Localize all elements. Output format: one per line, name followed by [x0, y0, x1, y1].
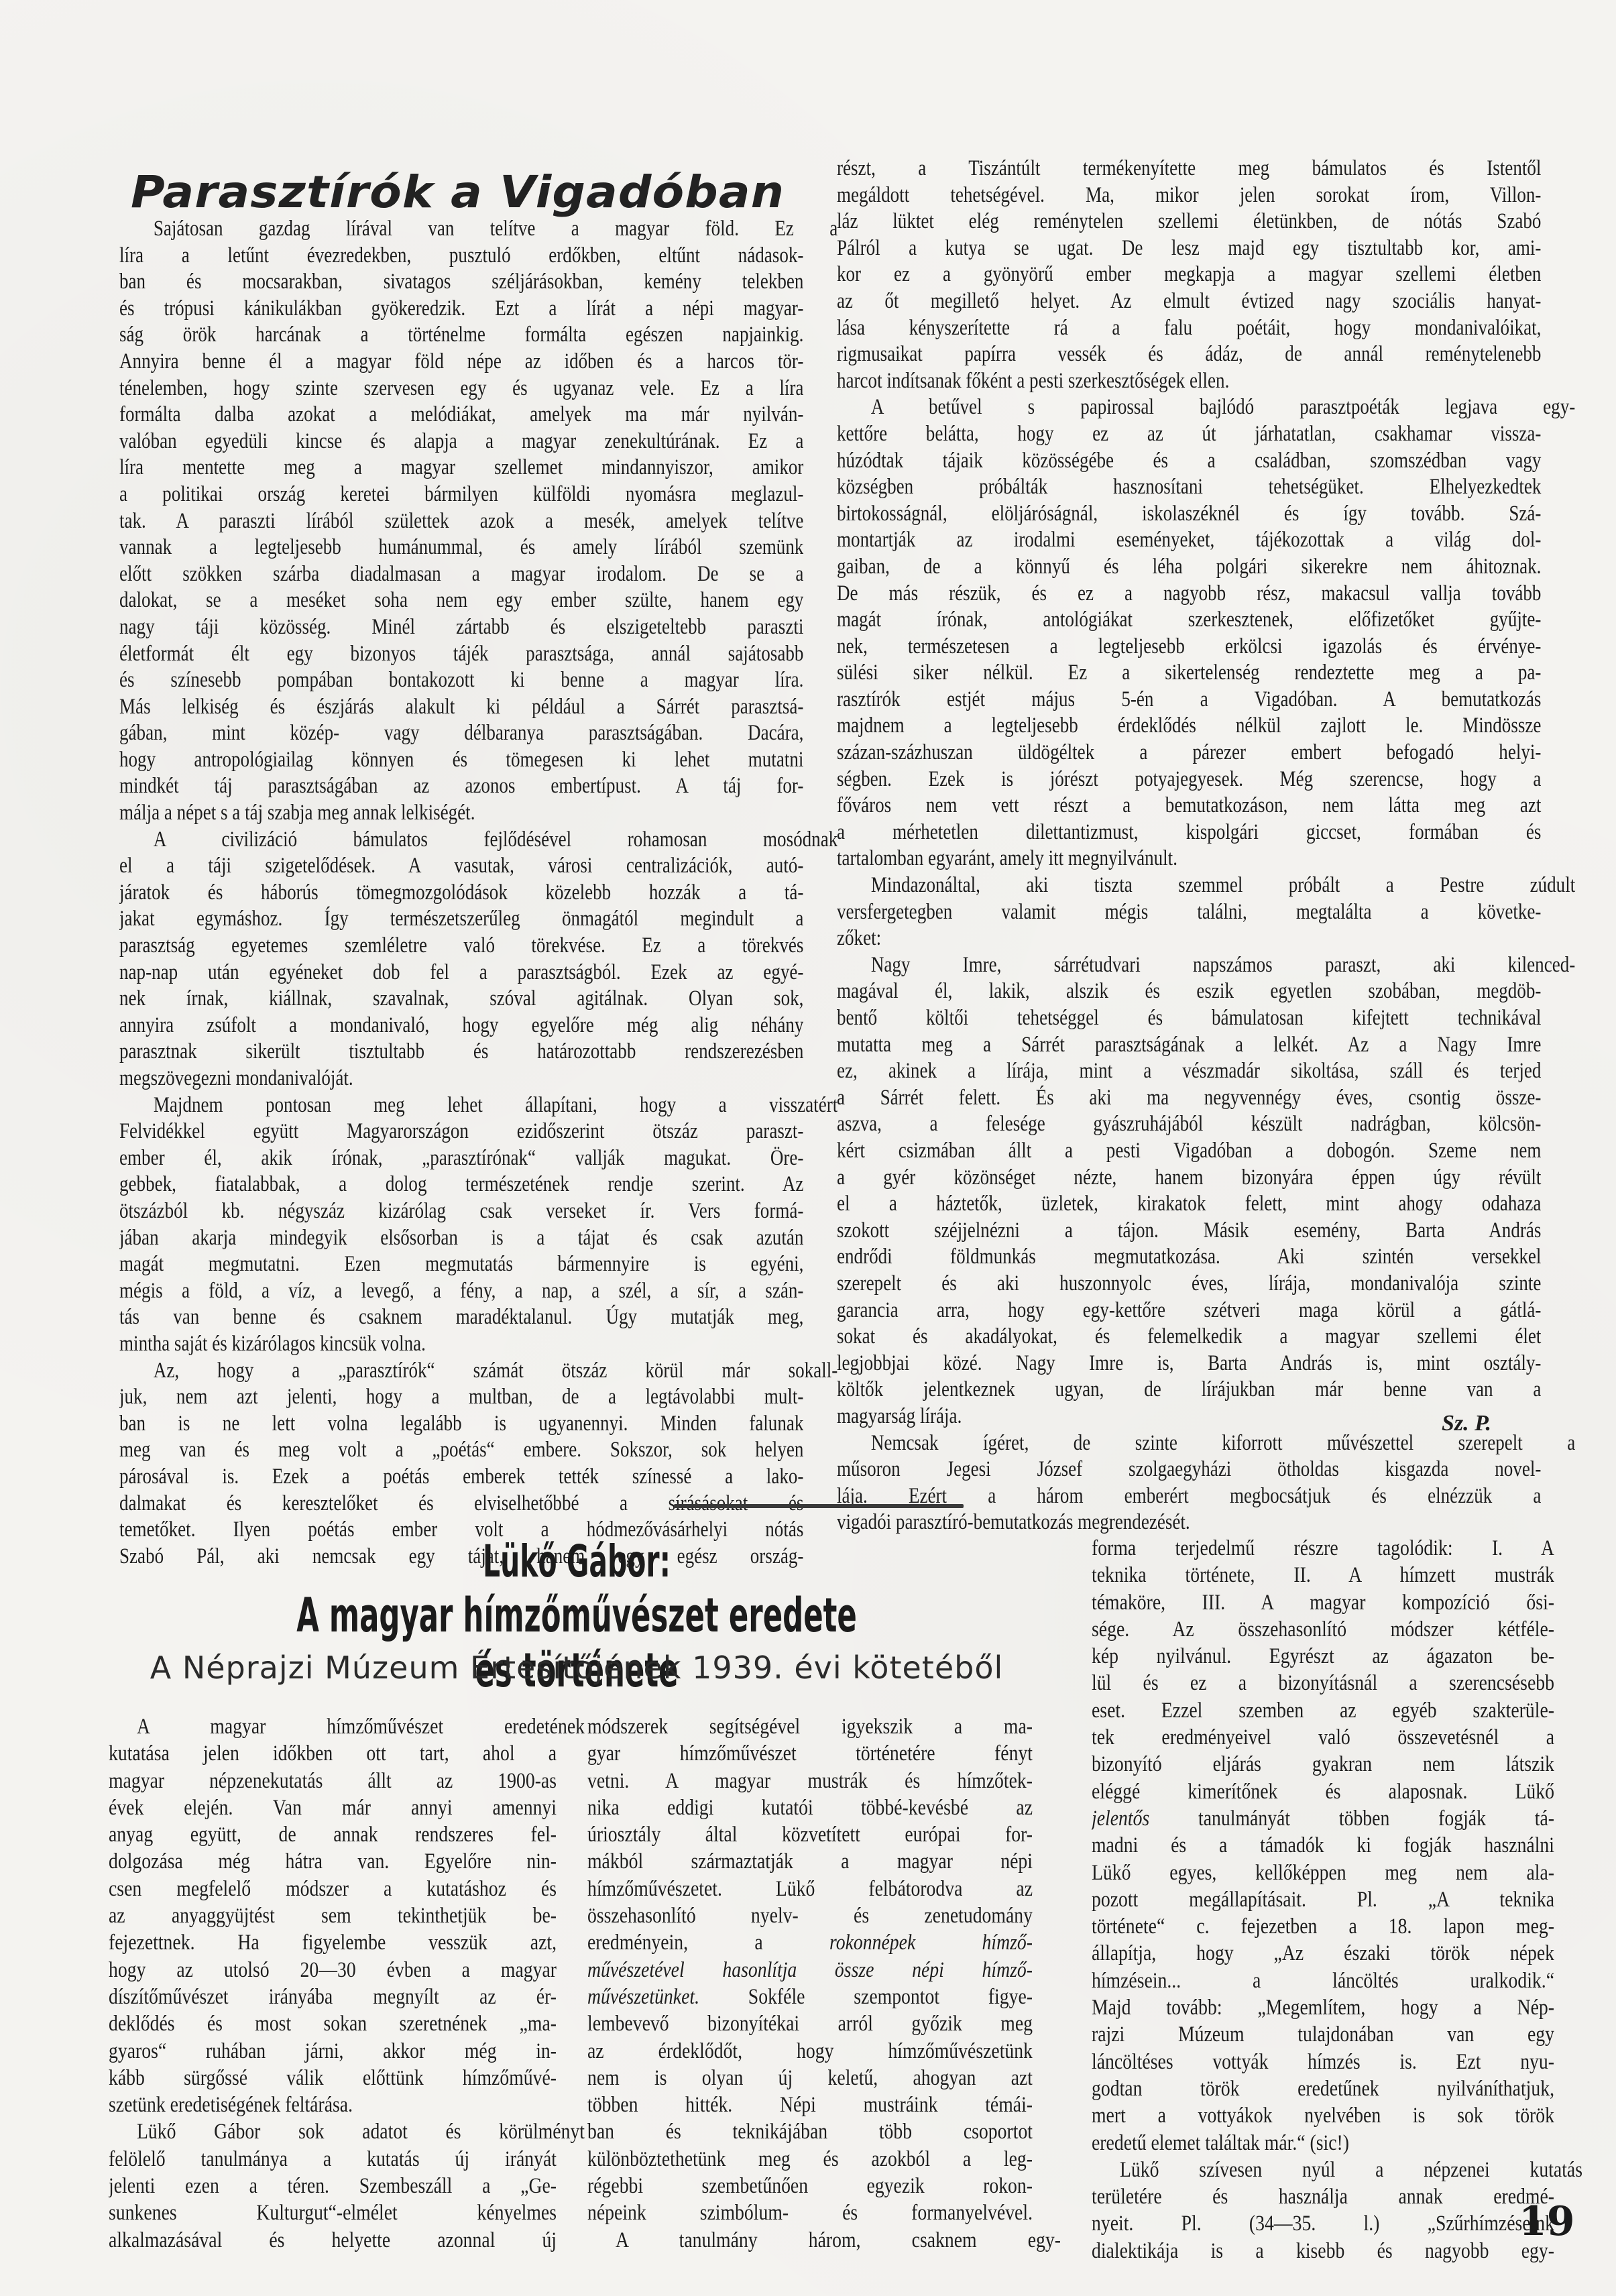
text-line: endrődi földmunkás megmutatkozása. Aki s… — [837, 1244, 1541, 1271]
text-line: összehasonlító nyelv- és zenetudomány — [587, 1902, 1033, 1929]
text-line: jelenti ezen a téren. Szembeszáll a „Ge- — [109, 2173, 557, 2199]
text-line: művészetével hasonlítja össze népi hímző… — [587, 1957, 1033, 1984]
text-line: Mindazonáltal, aki tiszta szemmel próbál… — [837, 872, 1575, 899]
text-line: tak. A paraszti lírából születtek azok a… — [119, 508, 803, 535]
text-line: gyaros“ ruhában járni, akkor még in- — [109, 2038, 557, 2065]
text-line: forma terjedelmű részre tagolódik: I. A — [1092, 1535, 1554, 1562]
text-line: felölelő tanulmánya a kutatás új irányát — [109, 2146, 557, 2173]
text-line: vannak a legteljesebb humánummal, és ame… — [119, 534, 803, 561]
text-line: előtt szökken szárba diadalmasan a magya… — [119, 561, 803, 588]
text-line: magával él, lakik, alszik és eszik egyet… — [837, 978, 1541, 1005]
text-line: aszva, a felesége gyászruhájából készült… — [837, 1111, 1541, 1138]
text-line: láz lüktet elég reménytelen szellemi éle… — [837, 209, 1541, 235]
text-line: godtan török eredetűnek nyilváníthatjuk, — [1092, 2075, 1554, 2102]
text-line: Annyira benne él a magyar föld népe az i… — [119, 349, 803, 376]
text-line: az érdeklődőt, hogy hímzőművészetünk — [587, 2038, 1033, 2065]
text-line: magyar népzenekutatás állt az 1900-as — [109, 1768, 557, 1794]
text-line: pozott megállapításait. Pl. „A teknika — [1092, 1886, 1554, 1913]
text-line: szerepelt és aki huszonnyolc éves, líráj… — [837, 1271, 1541, 1298]
text-line: az anyaggyüjtést sem tekinthetjük be- — [109, 1902, 557, 1929]
text-line: jában akarja mindegyik elsősorban is a t… — [119, 1225, 803, 1252]
article-column-left: Sajátosan gazdag lírával van telítve a m… — [119, 216, 803, 1570]
text-line: a gyér közönséget nézte, hanem bizonyára… — [837, 1165, 1541, 1192]
text-line: megszövegezni mondanivalóját. — [119, 1066, 803, 1092]
text-line: témaköre, III. A magyar kompozíció ősi- — [1092, 1589, 1554, 1616]
text-line: láncöltéses vottyák hímzés is. Ezt nyu- — [1092, 2049, 1554, 2075]
text-line: lása kényszerítette rá a falu poétáit, h… — [837, 315, 1541, 342]
text-line: módszerek segítségével igyekszik a ma- — [587, 1713, 1033, 1740]
text-line: díszítőművészet irányába megnyílt az ér- — [109, 1984, 557, 2010]
text-line: története“ c. fejezetben a 18. lapon meg… — [1092, 1913, 1554, 1940]
text-line: anyag együtt, de annak rendszeres fel- — [109, 1821, 557, 1848]
text-line: kább sürgőssé válik előttünk hímzőművé- — [109, 2065, 557, 2091]
text-line: deklődés és most sokan szeretnének „ma- — [109, 2010, 557, 2037]
text-line: hogy antropológiailag könnyen és tömeges… — [119, 747, 803, 774]
text-line: kép nyilvánul. Egyrészt az ágazaton be- — [1092, 1643, 1554, 1670]
text-line: Az, hogy a „parasztírók“ számát ötszáz k… — [119, 1358, 838, 1385]
text-line: juk, nem azt jelenti, hogy a multban, de… — [119, 1384, 803, 1411]
text-line: meg van és meg volt a „poétás“ embere. S… — [119, 1437, 803, 1464]
text-line: rajzi Múzeum tulajdonában van egy — [1092, 2021, 1554, 2048]
text-line: Majd tovább: „Megemlítem, hogy a Nép- — [1092, 1994, 1554, 2021]
text-line: nem is olyan új keletű, ahogyan azt — [587, 2065, 1033, 2091]
text-line: és színesebb pompában bontakozott ki ben… — [119, 667, 803, 694]
text-line: jakat egymáshoz. Így természetszerűleg ö… — [119, 906, 803, 933]
text-line: kért csizmában állt a pesti Vigadóban a … — [837, 1138, 1541, 1165]
text-line: részt, a Tiszántúlt termékenyítette meg … — [837, 156, 1541, 182]
text-line: nap-nap után egyéneket dob fel a paraszt… — [119, 960, 803, 986]
text-line: lembevevő bizonyítékai arról győzik meg — [587, 2010, 1033, 2037]
text-line: parasztság egyetemes szemléletre való tö… — [119, 933, 803, 960]
text-line: régebbi szembetűnően egyezik rokon- — [587, 2173, 1033, 2199]
text-line: A civilizáció bámulatos fejlődésével roh… — [119, 827, 838, 854]
text-line: nyeit. Pl. (34—35. l.) „Szűrhímzéseink — [1092, 2210, 1554, 2237]
text-line: ban és mocsarakban, sivatagos széljáráso… — [119, 269, 803, 296]
text-line: sunkenes Kulturgut“-elmélet kényelmes — [109, 2199, 557, 2226]
text-line: szetünk eredetiségének feltárása. — [109, 2091, 557, 2118]
text-line: A tanulmány három, csaknem egy- — [587, 2227, 1061, 2254]
text-line: és trópusi kánikulákban gyökeredzik. Ezt… — [119, 296, 803, 323]
text-line: nek írnak, kiállnak, szavalnak, szóval a… — [119, 986, 803, 1013]
text-line: rasztírók estjét május 5-én a Vigadóban.… — [837, 687, 1541, 713]
text-line: Pálról a kutya se ugat. De lesz majd egy… — [837, 235, 1541, 262]
text-line: bizonyító eljárás gyakran nem látszik — [1092, 1751, 1554, 1778]
text-line: Más lelkiség és észjárás alakult ki péld… — [119, 694, 803, 721]
text-line: nagy táji közösség. Minél zártabb és els… — [119, 614, 803, 641]
text-line: állapítja, hogy „Az északi török népek — [1092, 1940, 1554, 1967]
text-line: százan-százhuszan üldögéltek a párezer e… — [837, 740, 1541, 766]
text-line: hímzőművészetet. Lükő felbátorodva az — [587, 1876, 1033, 1902]
text-line: ember él, akik írónak, „parasztírónak“ v… — [119, 1145, 803, 1172]
text-line: Nagy Imre, sárrétudvari napszámos parasz… — [837, 952, 1575, 979]
text-line: el a háztetők, üzletek, kirakatok felett… — [837, 1191, 1541, 1218]
text-line: tartalomban egyaránt, amely itt megnyilv… — [837, 846, 1541, 872]
text-line: sülési siker nélkül. Ez a sikertelenség … — [837, 660, 1541, 687]
text-line: De más részük, és ez a nagyobb rész, mak… — [837, 581, 1541, 608]
text-line: versfergetegben valamit mégis találni, m… — [837, 899, 1541, 926]
text-line: Majdnem pontosan meg lehet állapítani, h… — [119, 1092, 838, 1119]
text-line: a politikai ország keretei bármilyen kül… — [119, 481, 803, 508]
text-line: szokott széjjelnézni a tájon. Másik esem… — [837, 1218, 1541, 1245]
text-line: mákból származtatják a magyar népi — [587, 1848, 1033, 1875]
text-line: hímzésein... a láncöltés uralkodik.“ — [1092, 1967, 1554, 1994]
text-line: magát megmutatni. Ezen megmutatás bármen… — [119, 1251, 803, 1278]
text-line: dolgozása még hátra van. Egyelőre nin- — [109, 1848, 557, 1875]
text-line: Lükő Gábor sok adatot és körülményt — [109, 2118, 585, 2145]
text-line: kor ez a gyönyörű ember megkapja a magya… — [837, 262, 1541, 288]
text-line: magyarság lírája. — [837, 1403, 1541, 1430]
text-line: többen hitték. Népi mustráink témái- — [587, 2091, 1033, 2118]
text-line: járatok és háborús tömegmozgolódások köz… — [119, 880, 803, 907]
text-line: nika eddigi kutatói többé-kevésbé az — [587, 1794, 1033, 1821]
text-line: ténelemben, hogy szinte szervesen egy és… — [119, 376, 803, 402]
text-line: sokat és akadályokat, és felemelkedik a … — [837, 1324, 1541, 1351]
text-line: különböztethetünk meg és azokból a leg- — [587, 2146, 1033, 2173]
text-line: annyira zsúfolt a mondanivaló, hogy egye… — [119, 1013, 803, 1039]
text-line: zőket: — [837, 925, 1541, 952]
section-divider — [674, 1504, 964, 1508]
text-line: főváros nem vett részt a bemutatkozáson,… — [837, 793, 1541, 819]
text-line: életformát élt egy bizonyos tájék parasz… — [119, 641, 803, 668]
text-line: el a táji szigetelődések. A vasutak, vár… — [119, 853, 803, 880]
text-line: legjobbjai közé. Nagy Imre is, Barta And… — [837, 1351, 1541, 1377]
text-line: teknika története, II. A hímzett mustrák — [1092, 1562, 1554, 1589]
text-line: nek, természetesen a legteljesebb erkölc… — [837, 634, 1541, 661]
text-line: Sajátosan gazdag lírával van telítve a m… — [119, 216, 838, 243]
text-line: mintha saját és kizárólagos kincsük voln… — [119, 1331, 803, 1358]
text-line: műsoron Jegesi József szolgaegyházi ötho… — [837, 1456, 1541, 1483]
text-line: fejezettnek. Ha figyelembe vesszük azt, — [109, 1929, 557, 1956]
text-line: ez, akinek a lírája, mint a vészmadár si… — [837, 1058, 1541, 1085]
text-line: mégis a föld, a víz, a levegő, a fény, a… — [119, 1278, 803, 1305]
text-line: húzódtak tájaik közösségébe és a családb… — [837, 448, 1541, 475]
text-line: lül és ez a bizonyításnál a szerencséseb… — [1092, 1670, 1554, 1697]
text-line: eléggé kimerítőnek és alaposnak. Lükő — [1092, 1778, 1554, 1805]
article-column-1: A magyar hímzőművészet eredeténekkutatás… — [109, 1713, 557, 2254]
text-line: magát írónak, antológiákat szerkesztenek… — [837, 607, 1541, 634]
text-line: területére és használja annak eredmé- — [1092, 2183, 1554, 2210]
article-column-right: részt, a Tiszántúlt termékenyítette meg … — [837, 156, 1541, 1536]
text-line: községben próbálták hasznosítani tehetsé… — [837, 474, 1541, 501]
text-line: az őt megillető helyet. Az elmult évtize… — [837, 288, 1541, 315]
article-subtitle: A Néprajzi Múzeum Értesítőjének 1939. év… — [107, 1650, 1046, 1686]
text-line: ság örök harcának a történelme formálta … — [119, 322, 803, 349]
text-line: csen megfelelő módszer a kutatáshoz és — [109, 1876, 557, 1902]
text-line: népeink szimbólum- és formanyelvével. — [587, 2199, 1033, 2226]
text-line: dalokat, se a meséket soha nem egy ember… — [119, 587, 803, 614]
text-line: líra mentette meg a magyar szellemet min… — [119, 455, 803, 481]
text-line: úriosztály által közvetített európai for… — [587, 1821, 1033, 1848]
text-line: gaiban, de a könnyű és léha polgári sike… — [837, 554, 1541, 581]
text-line: eset. Ezzel szemben az egyéb szakterüle- — [1092, 1697, 1554, 1724]
text-line: párosával is. Ezek a poétás emberek tett… — [119, 1464, 803, 1491]
text-line: parasztnak sikerült tisztultabb és határ… — [119, 1039, 803, 1066]
text-line: a mérhetetlen dilettantizmust, kispolgár… — [837, 819, 1541, 846]
text-line: gában, mint közép- vagy délbaranya paras… — [119, 720, 803, 747]
text-line: évek elején. Van már annyi amennyi — [109, 1794, 557, 1821]
text-line: eredetű elemet találtak már.“ (sic!) — [1092, 2130, 1554, 2157]
text-line: harcot indítsanak főként a pesti szerkes… — [837, 368, 1541, 395]
text-line: eredményein, a rokonnépek hímző- — [587, 1929, 1033, 1956]
text-line: majdnem a legteljesebb érdeklődés nélkül… — [837, 713, 1541, 740]
text-line: mindkét táj parasztságában az azonos emb… — [119, 773, 803, 800]
text-line: tás van benne és csaknem maradéktalanul.… — [119, 1304, 803, 1331]
article-title: Parasztírók a Vigadóban — [131, 166, 785, 218]
text-line: dialektikája is a kisebb és nagyobb egy- — [1092, 2238, 1554, 2264]
text-line: málja a népet s a táj szabja meg annak l… — [119, 800, 803, 827]
text-line: Felvidékkel együtt Magyarországon ezidős… — [119, 1118, 803, 1145]
text-line: ban és teknikájában több csoportot — [587, 2118, 1033, 2145]
text-line: a Sárrét felett. És aki ma negyvennégy é… — [837, 1085, 1541, 1112]
text-line: jelentős tanulmányát többen fogják tá- — [1092, 1805, 1554, 1832]
text-line: mutatta meg a Sárrét parasztságának a le… — [837, 1032, 1541, 1059]
text-line: líra a letűnt évezredekben, pusztuló erd… — [119, 243, 803, 270]
article-author-heading: Lükő Gábor: — [286, 1536, 868, 1587]
text-line: ötszázból kb. négyszáz kizárólag csak ve… — [119, 1198, 803, 1225]
text-line: bentő költői tehetséggel és bámulatosan … — [837, 1005, 1541, 1032]
text-line: garancia arra, hogy egy-kettőre szétveri… — [837, 1298, 1541, 1324]
text-line: Lükő szívesen nyúl a népzenei kutatás — [1092, 2157, 1582, 2183]
text-line: vetni. A magyar mustrák és hímzőtek- — [587, 1768, 1033, 1794]
text-line: madni és a támadók ki fogják használni — [1092, 1832, 1554, 1859]
text-line: kettőre belátta, hogy ez az út járhatatl… — [837, 421, 1541, 448]
text-line: művészetünket. Sokféle szempontot figye- — [587, 1984, 1033, 2010]
text-line: tek eredményeivel való összevetésnél a — [1092, 1724, 1554, 1751]
article-column-2: módszerek segítségével igyekszik a ma-gy… — [587, 1713, 1033, 2254]
text-line: Lükő egyes, kellőképpen meg nem ala- — [1092, 1859, 1554, 1886]
text-line: sége. Az összehasonlító módszer kétféle- — [1092, 1616, 1554, 1643]
text-line: alkalmazásával és helyette azonnal új — [109, 2227, 557, 2254]
text-line: kutatása jelen időkben ott tart, ahol a — [109, 1740, 557, 1767]
text-line: birtokosságnál, elöljáróságnál, iskolasz… — [837, 501, 1541, 528]
text-line: rigmusaikat papírra vessék és ádáz, de a… — [837, 341, 1541, 368]
author-signature: Sz. P. — [1442, 1411, 1491, 1436]
text-line: gebbek, fiatalabbak, a dolog természetén… — [119, 1171, 803, 1198]
text-line: valóban egyedüli kincse és alapja a magy… — [119, 428, 803, 455]
text-line: mert a vottyákok nyelvében is sok török — [1092, 2102, 1554, 2129]
article-column-3: forma terjedelmű részre tagolódik: I. At… — [1092, 1535, 1554, 2264]
text-line: A magyar hímzőművészet eredetének — [109, 1713, 585, 1740]
text-line: ségben. Ezek is jórészt potyajegyesek. M… — [837, 766, 1541, 793]
text-line: megáldott tehetségével. Ma, mikor jelen … — [837, 182, 1541, 209]
text-line: ban is ne lett volna legalább is ugyanen… — [119, 1411, 803, 1438]
text-line: hogy az utolsó 20—30 évben a magyar — [109, 1957, 557, 1984]
text-line: montartják az irodalmi eseményeket, tájé… — [837, 527, 1541, 554]
text-line: vigadói parasztíró-bemutatkozás megrende… — [837, 1509, 1541, 1536]
text-line: gyar hímzőművészet történetére fényt — [587, 1740, 1033, 1767]
text-line: költők jelentkeznek ugyan, de lírájukban… — [837, 1377, 1541, 1403]
page-number: 19 — [1519, 2198, 1575, 2245]
text-line: formálta dalba azokat a melódiákat, amel… — [119, 402, 803, 428]
text-line: A betűvel s papirossal bajlódó parasztpo… — [837, 394, 1575, 421]
